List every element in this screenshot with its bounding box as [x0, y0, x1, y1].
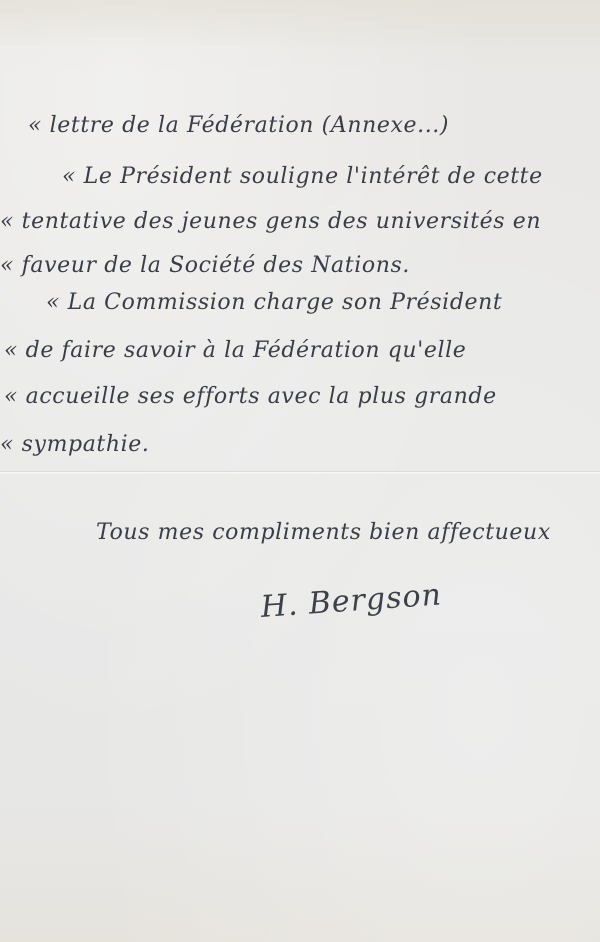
letter-line-1: « lettre de la Fédération (Annexe...) — [28, 113, 449, 138]
letter-line-8: « sympathie. — [0, 432, 150, 457]
letter-closing: Tous mes compliments bien affectueux — [96, 520, 551, 545]
letter-line-6: « de faire savoir à la Fédération qu'ell… — [4, 338, 466, 363]
letter-line-4: « faveur de la Société des Nations. — [0, 253, 410, 278]
letter-line-5: « La Commission charge son Président — [46, 290, 502, 315]
letter-line-3: « tentative des jeunes gens des universi… — [0, 209, 541, 234]
signature: H. Bergson — [260, 577, 443, 625]
letter-line-2: « Le Président souligne l'intérêt de cet… — [62, 164, 543, 189]
letter-line-7: « accueille ses efforts avec la plus gra… — [4, 384, 497, 409]
paper-fold-crease — [0, 471, 600, 474]
letter-page: « lettre de la Fédération (Annexe...) « … — [0, 0, 600, 942]
